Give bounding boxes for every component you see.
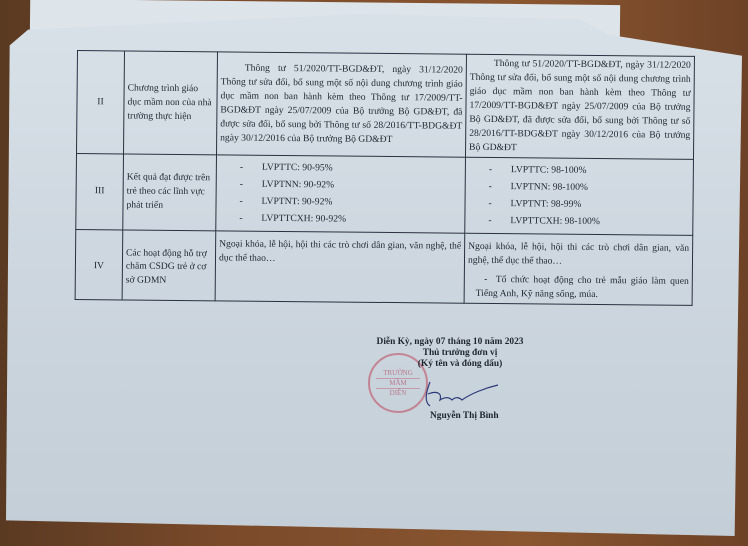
list-item: -Tổ chức hoạt động cho trẻ mẫu giáo làm … — [468, 273, 689, 303]
list-item: LVPTTCXH: 98-100% — [488, 214, 689, 230]
handwritten-signature-icon — [420, 380, 500, 410]
stamp-line: TRƯỜNG — [370, 369, 426, 378]
row-column-a: LVPTTC: 90-95% LVPTNN: 90-92% LVPTNT: 90… — [216, 155, 466, 233]
row-column-b: Thông tư 51/2020/TT-BGD&ĐT, ngày 31/12/2… — [465, 54, 694, 159]
stamp-line: DIỄN — [370, 389, 426, 398]
signer-name: Nguyễn Thị Bình — [430, 411, 499, 421]
signature-block: Diễn Kỳ, ngày 07 tháng 10 năm 2023 Thủ t… — [360, 336, 560, 370]
row-number: III — [76, 154, 124, 230]
stamp-line: MẦM — [376, 378, 420, 389]
table-row: III Kết quả đạt được trên trẻ theo các l… — [76, 154, 694, 236]
place-date: Diễn Kỳ, ngày 07 tháng 10 năm 2023 — [340, 337, 560, 347]
row-column-a: Ngoại khóa, lễ hội, hội thi các trò chơi… — [215, 230, 465, 303]
row-column-b: LVPTTC: 98-100% LVPTNN: 98-100% LVPTNT: … — [465, 157, 694, 235]
row-number: IV — [75, 229, 123, 300]
bullet-text: Tổ chức hoạt động cho trẻ mẫu giáo làm q… — [476, 274, 689, 300]
list-item: LVPTTCXH: 90-92% — [239, 211, 461, 227]
column-b-text: Ngoại khóa, lễ hội, hội thi các trò chơi… — [468, 239, 689, 269]
list-item: LVPTTC: 90-95% — [240, 161, 462, 177]
row-criterion: Kết quả đạt được trên trẻ theo các lĩnh … — [123, 154, 217, 231]
row-criterion: Các hoạt động hỗ trợ chăm CSDG trẻ ở cơ … — [122, 230, 216, 302]
list-item: LVPTNN: 98-100% — [489, 180, 690, 196]
row-criterion: Chương trình giáo dục mầm non của nhà tr… — [124, 51, 218, 155]
list-item: LVPTNN: 90-92% — [240, 177, 462, 193]
table-row: II Chương trình giáo dục mầm non của nhà… — [77, 51, 695, 160]
sign-instruction: (Ký tên và đóng dấu) — [360, 359, 560, 369]
list-item: LVPTNT: 98-99% — [488, 197, 689, 213]
list-item: LVPTNT: 90-92% — [239, 194, 461, 210]
row-column-a: Thông tư 51/2020/TT-BGD&ĐT, ngày 31/12/2… — [217, 52, 467, 157]
row-number: II — [77, 51, 125, 154]
signer-role: Thủ trưởng đơn vị — [360, 348, 560, 358]
list-item: LVPTTC: 98-100% — [489, 163, 690, 179]
comparison-table: II Chương trình giáo dục mầm non của nhà… — [75, 50, 695, 306]
table-row: IV Các hoạt động hỗ trợ chăm CSDG trẻ ở … — [75, 229, 693, 306]
row-column-b: Ngoại khóa, lễ hội, hội thi các trò chơi… — [464, 233, 693, 306]
